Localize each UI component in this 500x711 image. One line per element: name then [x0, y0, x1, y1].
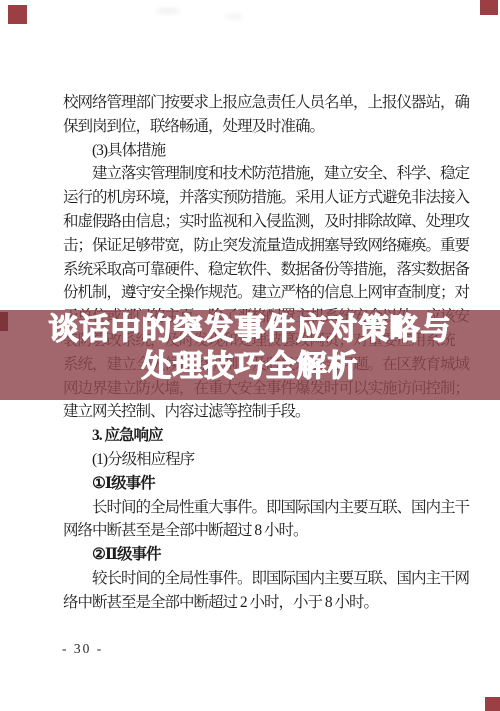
- doc-item-level1: ①Ⅰ级事件: [63, 472, 473, 496]
- scanned-document-page: 校网络管理部门按要求上报应急责任人员名单，上报仪器站，确 保到岗到位，联络畅通，…: [0, 0, 500, 711]
- doc-line: 份机制，遵守安全操作规范。建立严格的信息上网审查制度；对: [63, 281, 473, 305]
- doc-line: 击；保证足够带宽，防止突发流量造成拥塞导致网络瘫痪。重要: [63, 234, 473, 258]
- overlay-title-line2: 处理技巧全解析: [0, 349, 500, 386]
- doc-line: 运行的机房环境，并落实预防措施。采用人证方式避免非法接入: [63, 186, 473, 210]
- page-number: - 30 -: [62, 641, 103, 657]
- doc-line: 较长时间的全局性事件。即国际国内主要互联、国内主干网: [63, 567, 473, 591]
- red-corner-mark-bottom-right: [485, 697, 500, 711]
- doc-subheading: (1)分级相应程序: [63, 448, 473, 472]
- doc-line: 建立落实管理制度和技术防范措施，建立安全、科学、稳定: [63, 162, 473, 186]
- doc-line: 和虚假路由信息；实时监视和入侵监测，及时排除故障、处理攻: [63, 210, 473, 234]
- doc-subheading: (3)具体措施: [63, 139, 473, 163]
- doc-line: 建立网关控制、内容过滤等控制手段。: [63, 400, 473, 424]
- doc-line: 长时间的全局性重大事件。即国际国内主要互联、国内主干: [63, 496, 473, 520]
- doc-line: 络中断甚至是全部中断超过 2 小时，小于 8 小时。: [63, 591, 473, 615]
- doc-line: 系统采取高可靠硬件、稳定软件、数据备份等措施，落实数据备: [63, 258, 473, 282]
- scan-smudge: [225, 14, 243, 19]
- doc-line: 校网络管理部门按要求上报应急责任人员名单，上报仪器站，确: [63, 91, 473, 115]
- red-corner-mark-top-left: [8, 5, 27, 24]
- doc-heading-emergency-response: 3. 应急响应: [63, 424, 473, 448]
- scan-smudge: [155, 8, 181, 14]
- red-corner-mark-top-right: [480, 0, 498, 15]
- doc-item-level2: ②Ⅱ级事件: [63, 543, 473, 567]
- overlay-title: 谈话中的突发事件应对策略与 处理技巧全解析: [0, 312, 500, 385]
- doc-line: 保到岗到位，联络畅通，处理及时准确。: [63, 115, 473, 139]
- red-edge-mark-left: [0, 312, 8, 331]
- doc-line: 网络中断甚至是全部中断超过 8 小时。: [63, 519, 473, 543]
- overlay-title-line1: 谈话中的突发事件应对策略与: [0, 312, 500, 349]
